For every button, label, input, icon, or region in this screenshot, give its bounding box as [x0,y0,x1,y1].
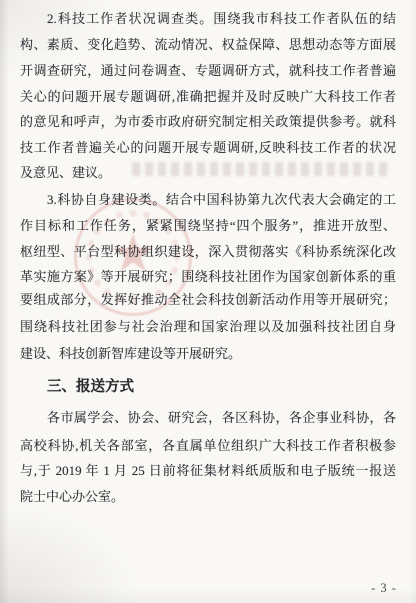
body-line: 与,于 2019 年 1 月 25 日前将征集材料纸质版和电子版统一报送 [20,462,396,482]
page-number: - 3 - [362,581,406,596]
body-line: 高校科协,机关各部室，各直属单位组织广大科技工作者积极参 [20,437,396,457]
body-line: 的意见和呼声，为市委市政府研究制定相关政策提供参考。就科 [20,113,396,133]
body-line: 院士中心办公室。 [20,488,396,508]
body-line: 围绕科技社团参与社会治理和国家治理以及加强科技社团自身 [20,318,396,338]
body-line: 2.科技工作者状况调查类。围绕我市科技工作者队伍的结 [20,10,396,30]
body-line: 3.科协自身建设类。结合中国科协第九次代表大会确定的工 [20,191,396,211]
body-line: 及意见、建议。 [20,164,396,184]
body-line: 作目标和工作任务，紧紧围绕坚持“四个服务”，推进开放型、 [20,217,396,237]
body-line: 枢纽型、平台型科协组织建设，深入贯彻落实《科协系统深化改 [20,243,396,263]
body-line: 构、素质、变化趋势、流动情况、权益保障、思想动态等方面展 [20,36,396,56]
section-heading: 三、报送方式 [20,378,396,398]
body-line: 要组成部分，发挥好推动全社会科技创新活动作用等开展研究； [20,291,396,311]
body-line: 开调查研究，通过问卷调查、专题调研方式，就科技工作者普遍 [20,62,396,82]
body-line: 革实施方案》等开展研究；围绕科技社团作为国家创新体系的重 [20,268,396,288]
body-line: 关心的问题开展专题调研,准确把握并及时反映广大科技工作者 [20,88,396,108]
body-line: 各市属学会、协会、研究会，各区科协，各企事业科协，各 [20,409,396,429]
body-line: 建设、科技创新智库建设等开展研究。 [20,345,396,365]
scanned-document-page: ★ 2.科技工作者状况调查类。围绕我市科技工作者队伍的结 构、素质、变化趋势、流… [0,0,416,603]
body-line: 技工作者普遍关心的问题开展专题调研,反映科技工作者的状况 [20,139,396,159]
